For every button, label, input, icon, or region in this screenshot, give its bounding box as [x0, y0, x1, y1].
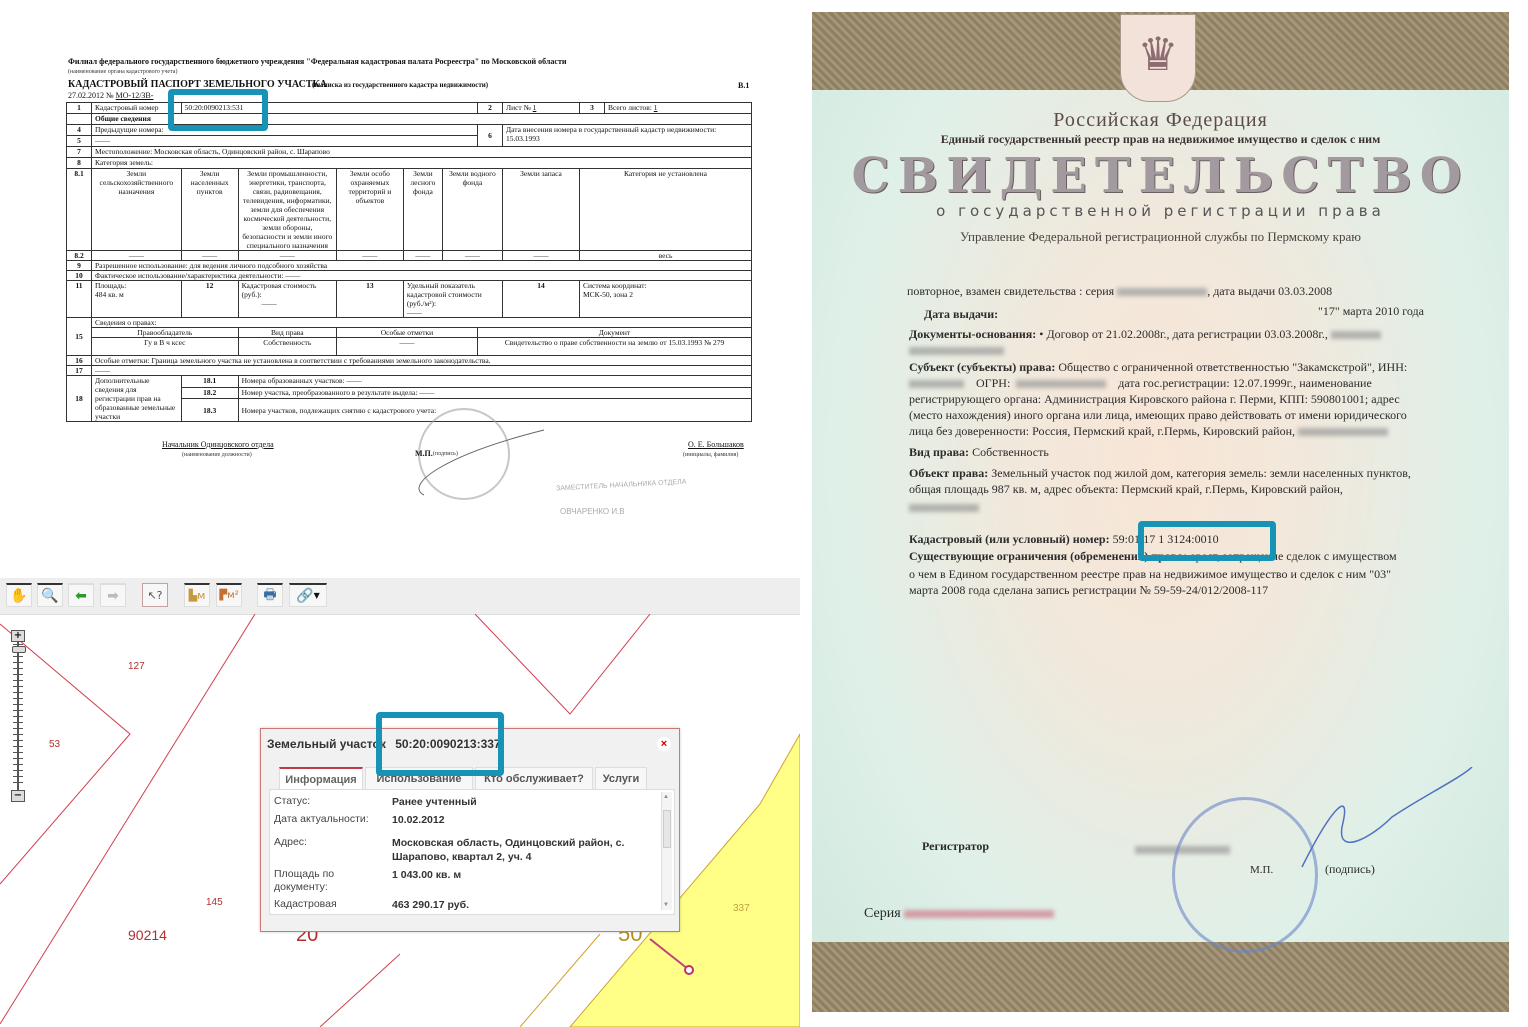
parcel-label-145: 145	[206, 897, 223, 908]
subject-label: Субъект (субъекты) права:	[909, 360, 1055, 374]
repeat-line: повторное, взамен свидетельства : серия …	[907, 284, 1332, 299]
row5-value: ——	[92, 136, 478, 147]
redacted-ogrn	[1016, 380, 1106, 388]
parcel-label-337: 337	[733, 903, 750, 914]
registration-certificate: ♛ Российская Федерация Единый государств…	[812, 12, 1509, 1012]
signer-name-caption: (инициалы, фамилия)	[683, 452, 738, 458]
row11-area: 484 кв. м	[95, 290, 178, 299]
public-cadastral-map: ✋ 🔍 ⬅ ➡ ↖? ▙м ▛м² 🖶 🔗▼ 127 53 145 90214 …	[0, 578, 800, 1027]
object-line-1: Объект права: Земельный участок под жило…	[909, 466, 1411, 481]
right-type-line: Вид права: Собственность	[909, 445, 1049, 460]
subject-line-2: ОГРН: дата гос.регистрации: 12.07.1999г.…	[909, 376, 1372, 391]
popup-scrollbar[interactable]: ▲ ▼	[661, 792, 672, 910]
link-dropdown-button[interactable]: 🔗▼	[289, 583, 327, 607]
passport-organization: Филиал федерального государственного бюд…	[68, 57, 567, 66]
row18-2: Номер участка, преобразованного в резуль…	[238, 387, 751, 399]
category-value-protected: ——	[336, 251, 403, 261]
row3-label: Всего листов:	[608, 103, 652, 112]
category-forest: Земли лесного фонда	[403, 169, 442, 251]
subject-line-5: лица без доверенности: Россия, Пермский …	[909, 424, 1388, 439]
subject-value-1: Общество с ограниченной ответственностью…	[1058, 360, 1407, 374]
ogrn-label: ОГРН:	[976, 376, 1010, 390]
forward-button[interactable]: ➡	[100, 583, 126, 607]
parcel-label-127: 127	[128, 661, 145, 672]
row12-label: Кадастровая стоимость (руб.):	[242, 281, 333, 299]
coat-of-arms-icon: ♛	[1120, 14, 1196, 102]
cadastral-passport-document: Филиал федерального государственного бюд…	[0, 0, 800, 575]
rights-holder: Гу в В ч ксес	[92, 338, 239, 356]
rights-type: Собственность	[238, 338, 336, 356]
rights-notes: ——	[336, 338, 477, 356]
rights-header-holder: Правообладатель	[92, 328, 239, 338]
redacted-series-number	[904, 910, 1054, 918]
category-settlement: Земли населенных пунктов	[181, 169, 238, 251]
popup-info-panel: Статус:Ранее учтенный Дата актуальности:…	[269, 789, 675, 915]
arrow-right-icon: ➡	[107, 588, 119, 604]
row12-value: ——	[242, 299, 333, 308]
identify-button[interactable]: ↖?	[142, 583, 168, 607]
row7-location: Местоположение: Московская область, Один…	[92, 147, 752, 158]
info-key: Кадастровая	[274, 898, 384, 911]
certificate-country: Российская Федерация	[812, 109, 1509, 132]
redacted-object-address	[909, 504, 979, 512]
passport-subtitle: (выписка из государственного кадастра не…	[312, 81, 488, 89]
redacted-series	[1117, 288, 1207, 296]
stamp-mp-label: М.П.	[1250, 864, 1273, 876]
redacted-address	[1298, 428, 1388, 436]
signature-icon	[1292, 767, 1482, 877]
row6-value: Дата внесения номера в государственный к…	[503, 125, 752, 147]
row8-label: Категория земель:	[92, 158, 752, 169]
zoom-in-button[interactable]: +	[11, 630, 25, 642]
row3-total: 1	[654, 103, 658, 112]
row2-label: Лист №	[506, 103, 531, 112]
registrar-label: Регистратор	[922, 839, 989, 854]
bottom-ornament-band	[812, 942, 1509, 1012]
info-value: 1 043.00 кв. м	[392, 868, 642, 882]
category-value-unset: весь	[580, 251, 752, 261]
scroll-down-icon[interactable]: ▼	[663, 902, 669, 908]
certificate-subtitle: о государственной регистрации права	[812, 202, 1509, 220]
rights-header-notes: Особые отметки	[336, 328, 477, 338]
zoom-out-button[interactable]: −	[11, 790, 25, 802]
signature-caption: (подпись)	[433, 451, 458, 457]
pan-hand-button[interactable]: ✋	[6, 583, 32, 607]
info-value: Ранее учтенный	[392, 795, 642, 809]
certificate-title: СВИДЕТЕЛЬСТВО	[812, 148, 1509, 204]
row17-value: ——	[92, 366, 752, 376]
row11-label: Площадь:	[95, 281, 178, 290]
close-icon[interactable]: ×	[657, 737, 671, 751]
object-value-1: Земельный участок под жилой дом, категор…	[991, 466, 1411, 480]
object-line-2: общая площадь 987 кв. м, адрес объекта: …	[909, 482, 1343, 497]
category-value-industry: ——	[238, 251, 336, 261]
parcel-label-53: 53	[49, 739, 60, 750]
signer-position-caption: (наименование должности)	[182, 452, 252, 458]
rights-header-type: Вид права	[238, 328, 336, 338]
row13-value: ——	[407, 308, 499, 317]
category-value-agri: ——	[92, 251, 182, 261]
subject-value-2: дата гос.регистрации: 12.07.1999г., наим…	[1118, 376, 1371, 390]
tab-information[interactable]: Информация	[279, 767, 363, 791]
info-key: Адрес:	[274, 836, 384, 849]
object-line-3	[909, 500, 979, 515]
redacted-basis-2	[909, 347, 1004, 355]
cadastral-label: Кадастровый (или условный) номер:	[909, 532, 1110, 546]
zoom-handle[interactable]	[12, 646, 26, 653]
info-key: Площадь по документу:	[274, 868, 354, 894]
category-protected: Земли особо охраняемых территорий и объе…	[336, 169, 403, 251]
category-reserve: Земли запаса	[503, 169, 580, 251]
repeat-line-prefix: повторное, взамен свидетельства : серия	[907, 284, 1114, 298]
category-unset: Категория не установлена	[580, 169, 752, 251]
signer-position: Начальник Одинцовского отдела	[162, 440, 274, 449]
pointer-question-icon: ↖?	[147, 589, 162, 602]
passport-org-caption: (наименование органа кадастрового учета)	[68, 69, 177, 75]
mp-label: М.П.	[415, 449, 433, 458]
info-key: Статус:	[274, 795, 384, 808]
passport-table: 1 Кадастровый номер 50:20:0090213:531 2 …	[66, 102, 752, 422]
rights-document: Свидетельство о праве собственности на з…	[478, 338, 752, 356]
row14-label: Система координат:	[583, 281, 748, 290]
row2-sheet: 1	[533, 103, 537, 112]
row13-label: Удельный показатель кадастровой стоимост…	[407, 281, 499, 308]
print-button[interactable]: 🖶	[257, 583, 283, 607]
repeat-line-date: , дата выдачи 03.03.2008	[1207, 284, 1332, 298]
measure-length-button[interactable]: ▙м	[184, 583, 210, 607]
basis-label: Документы-основания:	[909, 327, 1036, 341]
category-value-forest: ——	[403, 251, 442, 261]
row15-label: Сведения о правах:	[92, 318, 752, 328]
issue-date-value: "17" марта 2010 года	[1318, 304, 1424, 319]
row9-permitted-use: Разрешенное использование: для ведения л…	[92, 261, 752, 271]
passport-form-code: В.1	[738, 81, 749, 90]
row18-3: Номера участков, подлежащих снятию с кад…	[238, 399, 751, 422]
measure-area-button[interactable]: ▛м²	[216, 583, 242, 607]
back-button[interactable]: ⬅	[68, 583, 94, 607]
row4-label: Предыдущие номера:	[92, 125, 478, 136]
highlight-box-passport	[168, 89, 268, 131]
info-value: 10.02.2012	[392, 813, 642, 827]
info-key: Дата актуальности:	[274, 813, 384, 826]
limits-line-2: о чем в Едином государственном реестре п…	[909, 567, 1391, 582]
category-value-settlement: ——	[181, 251, 238, 261]
row18-1: Номера образованных участков: ——	[238, 376, 751, 388]
scroll-thumb[interactable]	[663, 810, 671, 848]
subject-value-5: лица без доверенности: Россия, Пермский …	[909, 424, 1295, 438]
row14-value: МСК-50, зона 2	[583, 290, 748, 299]
zoom-rect-button[interactable]: 🔍	[37, 583, 63, 607]
chain-link-icon: 🔗	[296, 588, 313, 604]
block-label-90214: 90214	[128, 927, 167, 943]
right-type-label: Вид права:	[909, 445, 969, 459]
deputy-stamp-line2: ОВЧАРЕНКО И.В	[560, 507, 625, 516]
rights-header-document: Документ	[478, 328, 752, 338]
scroll-up-icon[interactable]: ▲	[663, 794, 669, 800]
subject-line-1: Субъект (субъекты) права: Общество с огр…	[909, 360, 1407, 375]
certificate-registry: Единый государственный реестр прав на не…	[812, 132, 1509, 147]
certificate-authority: Управление Федеральной регистрационной с…	[812, 229, 1509, 245]
chevron-down-icon: ▼	[314, 591, 320, 600]
printer-icon: 🖶	[263, 584, 276, 608]
category-agri: Земли сельскохозяйственного назначения	[92, 169, 182, 251]
category-value-water: ——	[442, 251, 502, 261]
row10-actual-use: Фактическое использование/характеристика…	[92, 271, 752, 281]
hand-icon: ✋	[10, 588, 27, 604]
passport-date: 27.02.2012 №	[68, 91, 114, 100]
info-value: 463 290.17 руб.	[392, 898, 642, 912]
limits-line-3: марта 2008 года сделана запись регистрац…	[909, 583, 1268, 598]
info-value: Московская область, Одинцовский район, с…	[392, 836, 642, 864]
arrow-left-icon: ⬅	[75, 588, 87, 604]
right-type-value: Собственность	[972, 445, 1049, 459]
deputy-stamp-line1: ЗАМЕСТИТЕЛЬ НАЧАЛЬНИКА ОТДЕЛА	[556, 479, 687, 493]
tab-services[interactable]: Услуги	[595, 767, 647, 790]
redacted-basis	[1331, 331, 1381, 339]
category-industry: Земли промышленности, энергетики, трансп…	[238, 169, 336, 251]
zoom-slider[interactable]: + −	[11, 630, 25, 802]
passport-date-line: 27.02.2012 № МО-12/ЗВ-	[68, 91, 153, 100]
redacted-inn	[909, 380, 964, 388]
zoom-magnifier-icon: 🔍	[41, 588, 58, 604]
basis-line: Документы-основания: • Договор от 21.02.…	[909, 327, 1381, 342]
ruler-icon: ▙м	[189, 589, 206, 602]
highlight-box-map	[376, 712, 504, 776]
object-label: Объект права:	[909, 466, 988, 480]
basis-line-2	[909, 343, 1004, 358]
area-ruler-icon: ▛м²	[219, 590, 238, 601]
subject-line-3: регистрирующего органа: Администрация Ки…	[909, 392, 1400, 407]
signature-scribble-icon	[404, 425, 554, 500]
zoom-ticks	[13, 644, 23, 788]
series-line: Серия	[864, 906, 1054, 922]
highlight-box-certificate	[1138, 521, 1276, 561]
row16-special-notes: Особые отметки: Граница земельного участ…	[92, 356, 752, 366]
subject-line-4: (место нахождения) иного органа или лица…	[909, 408, 1407, 423]
basis-value: • Договор от 21.02.2008г., дата регистра…	[1039, 327, 1328, 341]
passport-doc-number: МО-12/ЗВ-	[116, 91, 154, 100]
series-label: Серия	[864, 906, 901, 921]
category-water: Земли водного фонда	[442, 169, 502, 251]
popup-title-prefix: Земельный участок	[267, 737, 386, 751]
signature-caption: (подпись)	[1325, 862, 1375, 877]
map-toolbar: ✋ 🔍 ⬅ ➡ ↖? ▙м ▛м² 🖶 🔗▼	[0, 578, 800, 615]
issue-date-label: Дата выдачи:	[924, 307, 998, 322]
category-value-reserve: ——	[503, 251, 580, 261]
row18-label: Дополнительные сведения для регистрации …	[92, 376, 182, 422]
signer-name: О. Е. Большаков	[688, 440, 744, 449]
